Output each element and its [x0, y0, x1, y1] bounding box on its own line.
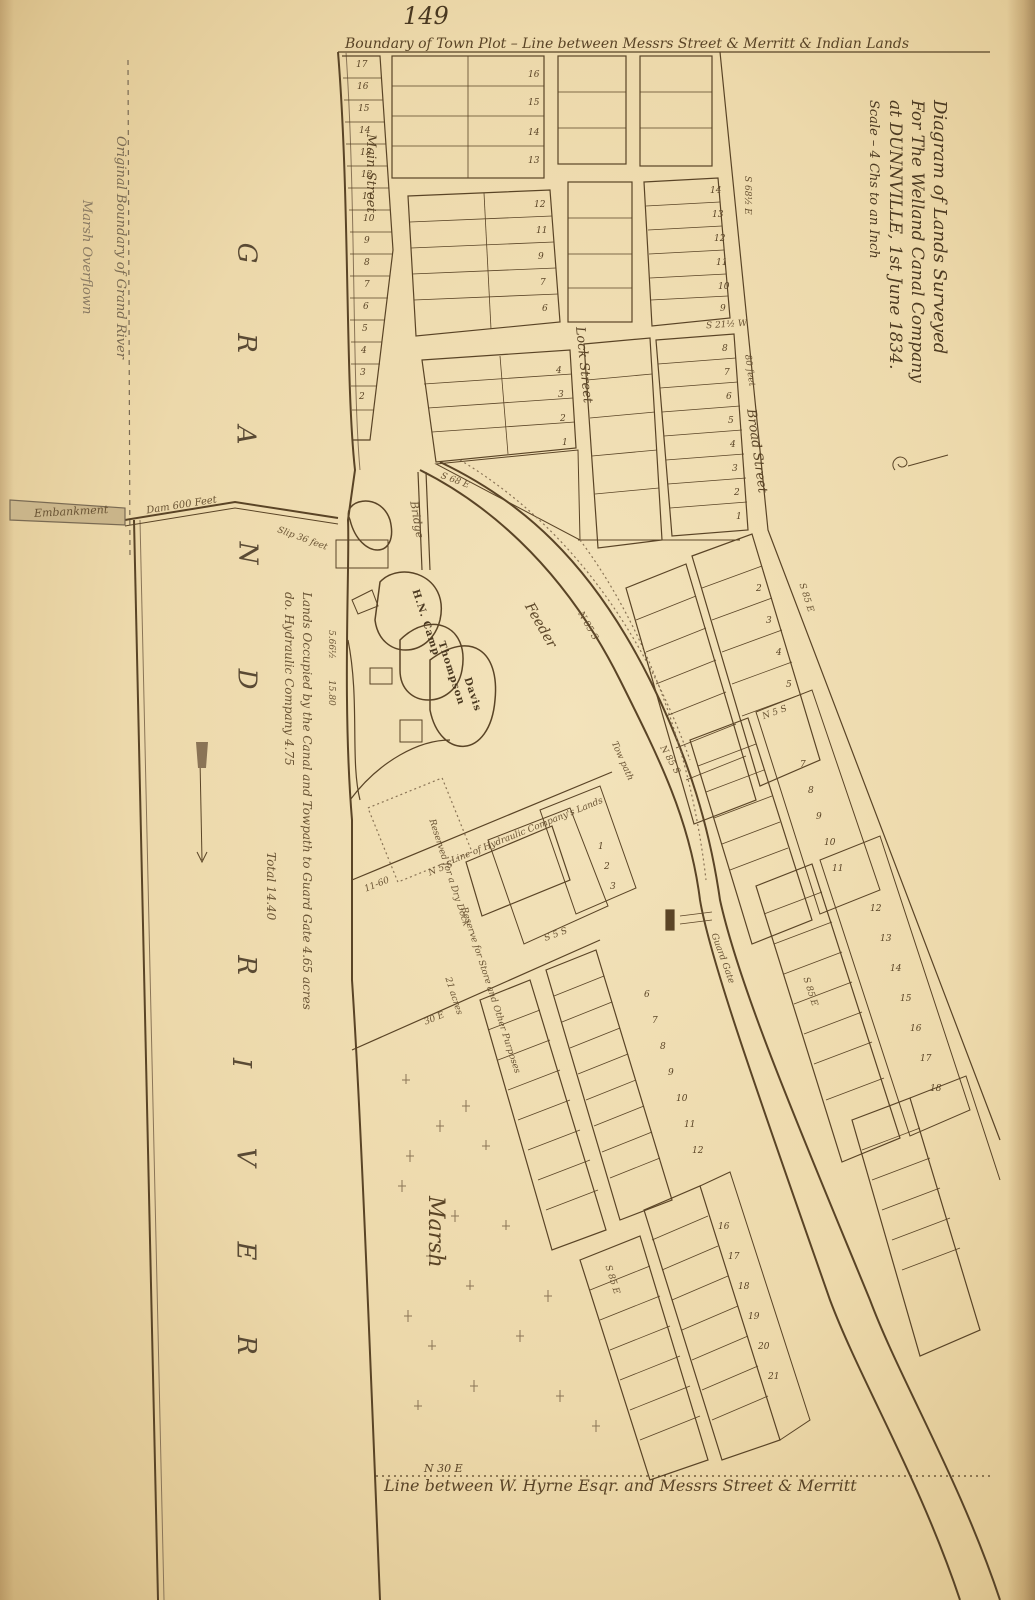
page-number: 149 [403, 2, 449, 30]
lot-number: 2 [359, 392, 365, 402]
lot-number: 1 [598, 842, 604, 852]
lot-number: 15 [900, 994, 911, 1004]
lot-number: 4 [556, 366, 562, 376]
lot-number: 12 [361, 170, 372, 180]
lot-number: 20 [758, 1342, 769, 1352]
lot-number: 12 [534, 200, 545, 210]
lot-number: 12 [692, 1146, 703, 1156]
lot-number: 2 [734, 488, 740, 498]
guard-gate-mark [666, 910, 674, 930]
lot-number: 8 [660, 1042, 666, 1052]
lot-number: 3 [766, 616, 772, 626]
bearing-n30e: N 30 E [424, 1462, 463, 1475]
river-letter-r2: R [231, 955, 261, 975]
lot-number: 11 [832, 864, 843, 874]
lot-number: 9 [364, 236, 370, 246]
title-block: Diagram of Lands Surveyed For The Wellan… [862, 100, 950, 383]
lot-number: 7 [364, 280, 370, 290]
lot-number: 7 [724, 368, 730, 378]
lot-number: 19 [748, 1312, 759, 1322]
lot-number: 9 [538, 252, 544, 262]
lot-number: 5 [728, 416, 734, 426]
lot-number: 4 [776, 648, 782, 658]
chain-measure-2: 15.80 [326, 680, 336, 706]
lot-number: 6 [726, 392, 732, 402]
canal-lands-note: Lands Occupied by the Canal and Towpath … [262, 592, 316, 1010]
river-letter-e: E [230, 1242, 260, 1261]
lot-number: 10 [363, 214, 374, 224]
title-scale: Scale – 4 Chs to an Inch [862, 100, 884, 383]
lot-number: 11 [362, 192, 373, 202]
river-letter-v: V [230, 1148, 260, 1167]
lot-number: 3 [558, 390, 564, 400]
block-b [408, 190, 560, 336]
lot-number: 1 [562, 438, 568, 448]
block-j [546, 950, 672, 1220]
block-col3-top [640, 56, 712, 166]
lot-number: 8 [364, 258, 370, 268]
lot-number: 16 [910, 1024, 921, 1034]
lot-number: 5 [786, 680, 792, 690]
block-f2 [692, 534, 820, 786]
lot-number: 13 [360, 148, 371, 158]
lot-number: 7 [800, 760, 806, 770]
canal-note-line-1: Lands Occupied by the Canal and Towpath … [298, 592, 316, 1010]
canal-note-line-3: Total 14.40 [262, 592, 280, 1010]
river-letter-r: R [231, 333, 261, 353]
lot-number: 5 [362, 324, 368, 334]
lot-number: 6 [363, 302, 369, 312]
block-c [422, 350, 576, 462]
flow-arrow-icon [200, 760, 202, 860]
lot-number: 2 [560, 414, 566, 424]
hydraulic-line [352, 772, 612, 880]
marsh-overflown-label: Marsh Overflown [79, 200, 94, 314]
lot-number: 8 [722, 344, 728, 354]
lot-number: 14 [359, 126, 370, 136]
river-east-bank [338, 52, 380, 1600]
bottom-boundary-label: Line between W. Hyrne Esqr. and Messrs S… [384, 1476, 857, 1495]
lot-number: 7 [540, 278, 546, 288]
river-west-bank [134, 520, 158, 1600]
lot-number: 16 [718, 1222, 729, 1232]
lot-number: 18 [738, 1282, 749, 1292]
lot-number: 2 [756, 584, 762, 594]
canal-note-line-2: do. Hydraulic Company 4.75 [280, 592, 298, 1010]
title-line-2: For The Welland Canal Company [906, 100, 928, 383]
north-flourish-icon [893, 455, 948, 470]
lot-number: 16 [528, 70, 539, 80]
lot-number: 10 [676, 1094, 687, 1104]
lot-number: 15 [528, 98, 539, 108]
bridge-line-2 [426, 472, 430, 570]
lot-number: 4 [730, 440, 736, 450]
block-col2-mid [568, 182, 632, 322]
lot-number: 10 [824, 838, 835, 848]
river-letter-n: N [232, 542, 262, 565]
block-f [626, 564, 756, 824]
lot-number: 4 [361, 346, 367, 356]
original-boundary-dashed [128, 60, 130, 560]
river-letter-g: G [231, 243, 261, 264]
block-lower-4 [644, 1186, 780, 1460]
lot-number: 16 [357, 82, 368, 92]
lot-number: 12 [714, 234, 725, 244]
lot-number: 9 [720, 304, 726, 314]
original-boundary-label: Original Boundary of Grand River [113, 136, 128, 359]
lot-number: 13 [528, 156, 539, 166]
lot-number: 3 [610, 882, 616, 892]
lot-number: 14 [528, 128, 539, 138]
river-letter-r3: R [231, 1335, 261, 1355]
lot-number: 3 [732, 464, 738, 474]
map-page: 149 Boundary of Town Plot – Line between… [0, 0, 1035, 1600]
lot-number: 14 [710, 186, 721, 196]
river-letter-d: D [231, 669, 261, 690]
lot-number: 13 [712, 210, 723, 220]
lot-number: 7 [652, 1016, 658, 1026]
chain-measure-1: 5.66½ [326, 630, 336, 659]
lot-number: 3 [360, 368, 366, 378]
lot-number: 13 [880, 934, 891, 944]
broad-street-edge [720, 52, 1000, 1140]
lot-number: 6 [542, 304, 548, 314]
marsh-label: Marsh [423, 1196, 448, 1268]
lot-number: 11 [716, 258, 727, 268]
block-col2-low [584, 338, 662, 548]
river-letter-i: I [226, 1058, 256, 1068]
lot-number: 9 [816, 812, 822, 822]
lot-number: 14 [890, 964, 901, 974]
title-line-3: at DUNNVILLE, 1st June 1834. [884, 100, 906, 383]
block-col2-top [558, 56, 626, 164]
bearing-label: S 68½ E [742, 176, 752, 215]
lot-number: 12 [870, 904, 881, 914]
lot-number: 17 [728, 1252, 739, 1262]
lot-number: 17 [356, 60, 367, 70]
lot-number: 9 [668, 1068, 674, 1078]
lot-number: 8 [808, 786, 814, 796]
lot-number: 11 [536, 226, 547, 236]
lot-number: 6 [644, 990, 650, 1000]
lot-number: 18 [930, 1084, 941, 1094]
top-boundary-label: Boundary of Town Plot – Line between Mes… [345, 36, 909, 52]
river-letter-a: A [230, 426, 260, 445]
lot-number: 2 [604, 862, 610, 872]
lot-number: 21 [768, 1372, 779, 1382]
lot-number: 15 [358, 104, 369, 114]
title-line-1: Diagram of Lands Surveyed [928, 100, 950, 383]
lot-number: 1 [736, 512, 742, 522]
lot-number: 17 [920, 1054, 931, 1064]
block-lower-3 [580, 1236, 708, 1480]
lot-number: 11 [684, 1120, 695, 1130]
block-k [852, 1098, 980, 1356]
lot-number: 10 [718, 282, 729, 292]
